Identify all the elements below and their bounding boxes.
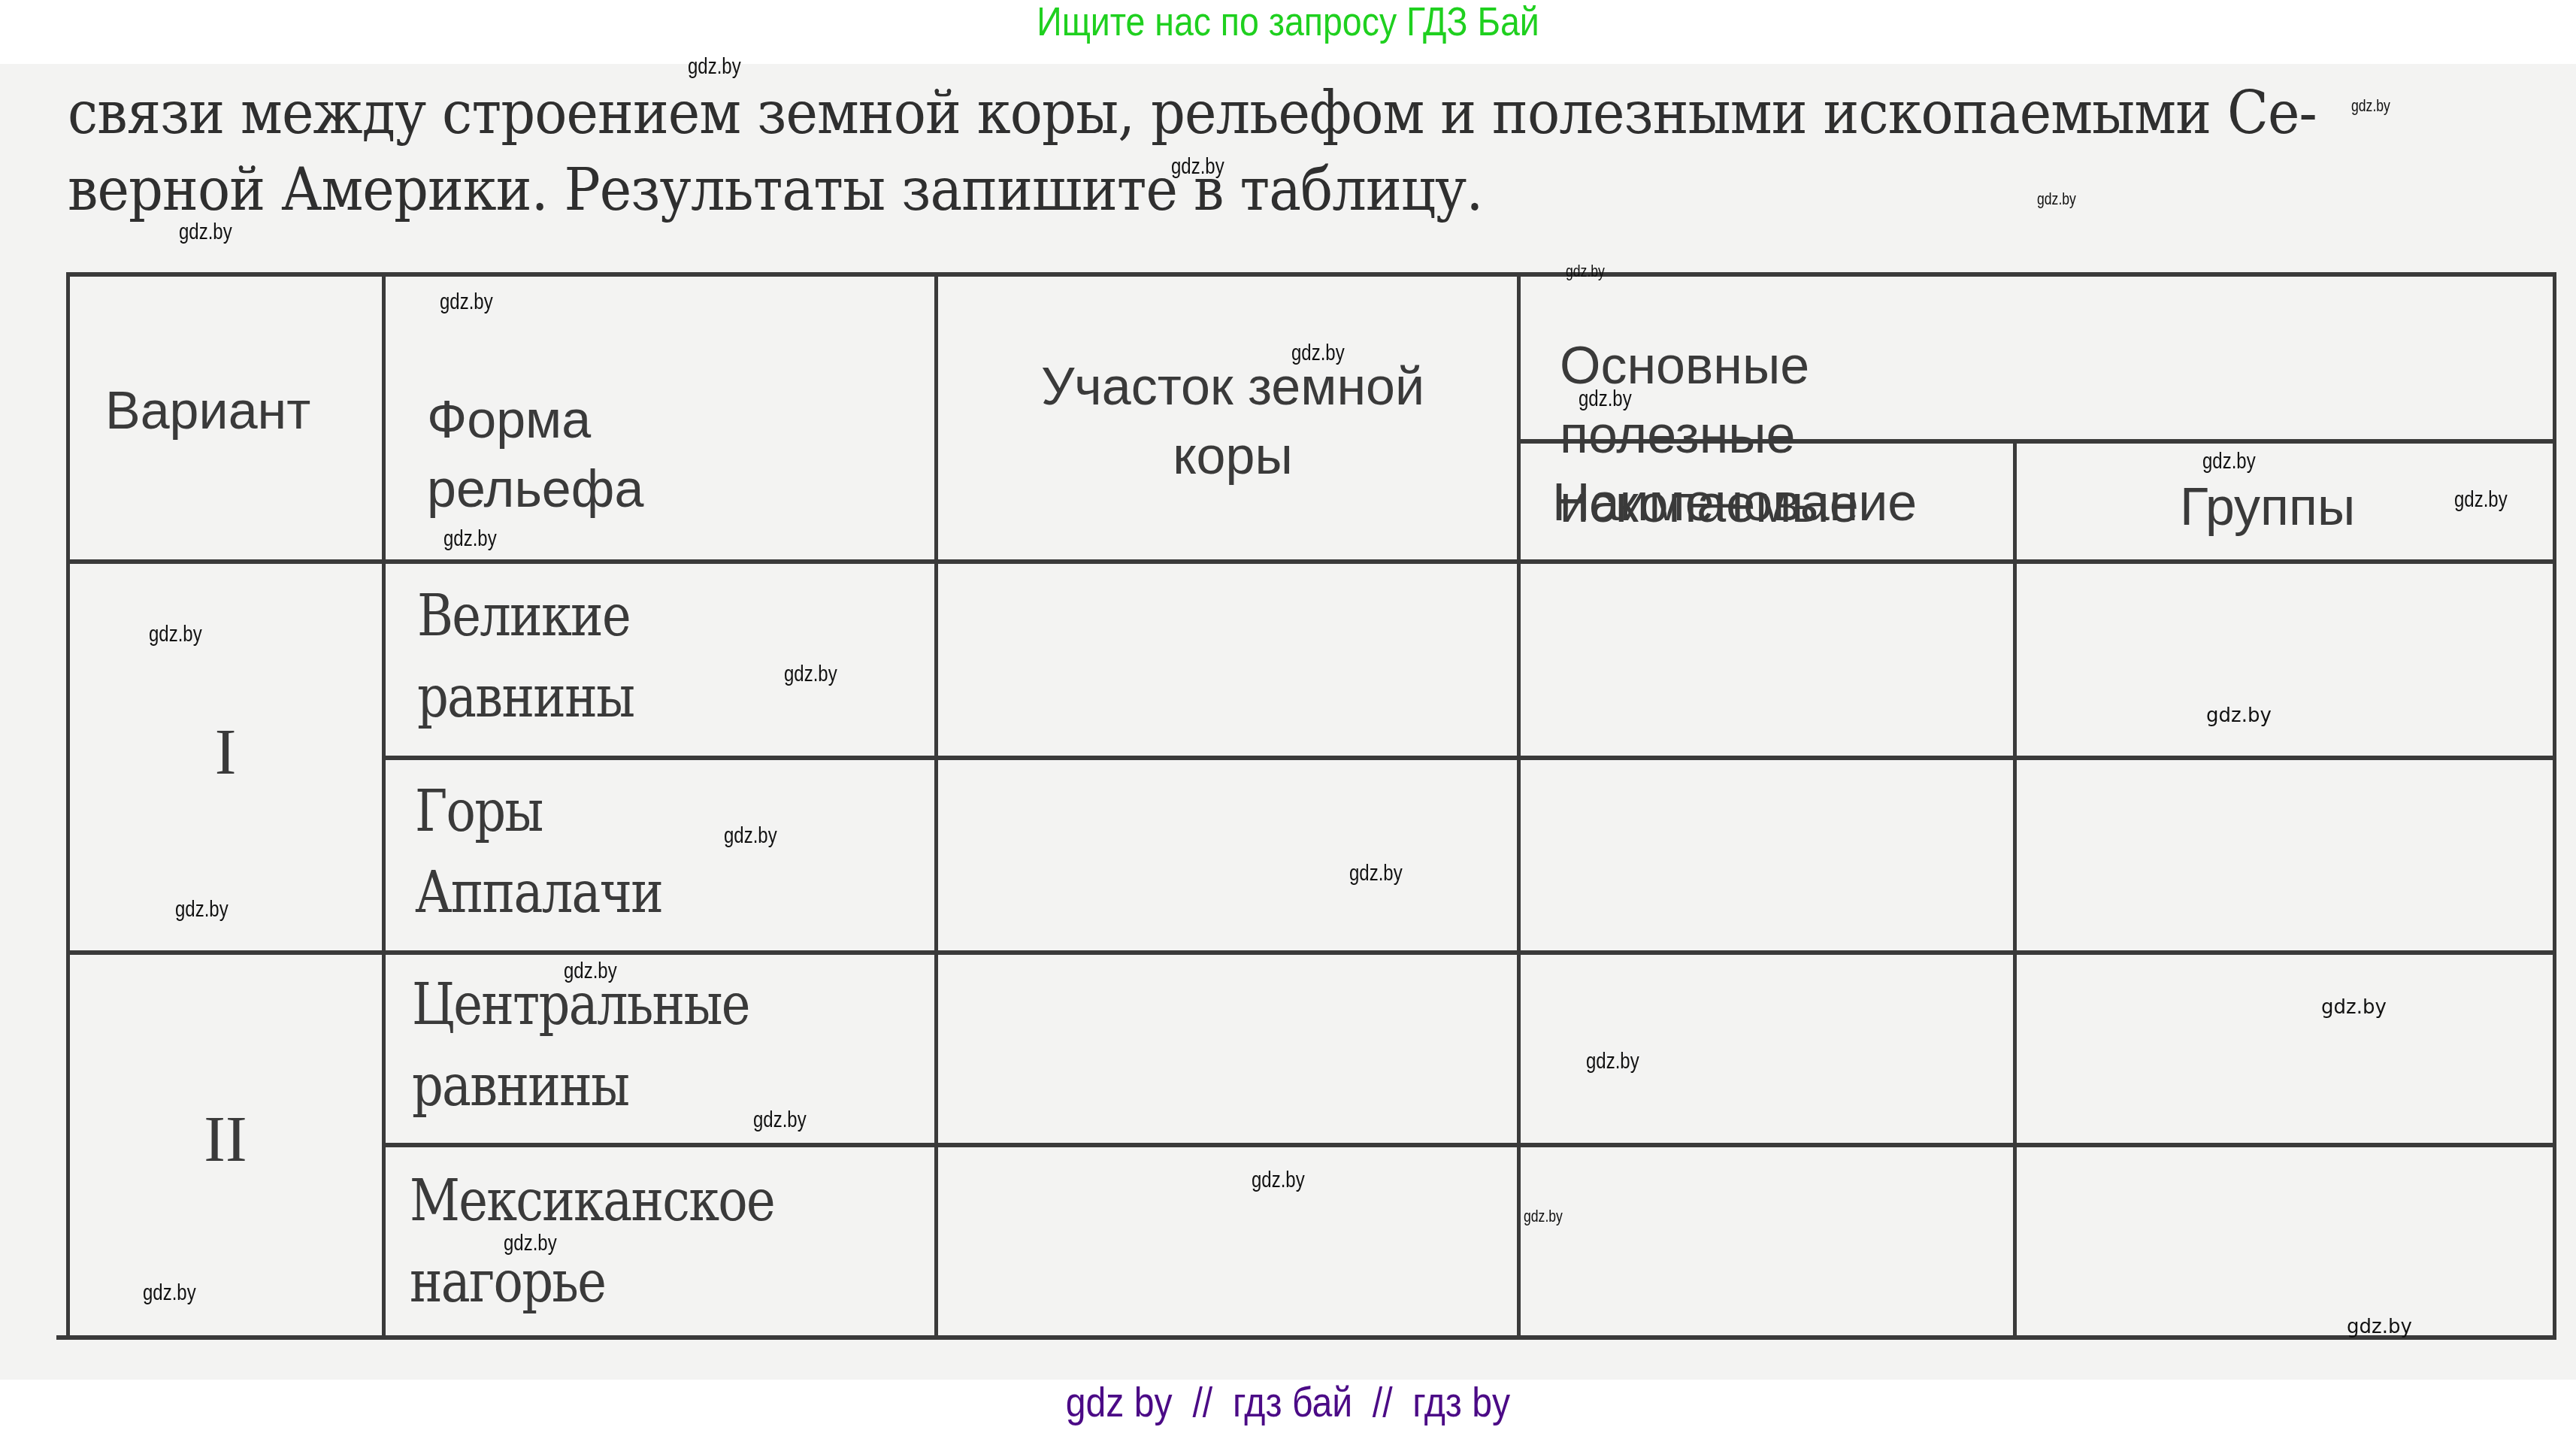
landform-cell: Мексиканское нагорье: [410, 1160, 774, 1322]
variant-label: II: [68, 1101, 383, 1177]
header-variant: Вариант: [105, 376, 310, 445]
mineral-groups-cell[interactable]: [2018, 1147, 2550, 1334]
mineral-groups-cell[interactable]: [2018, 564, 2550, 753]
watermark: gdz.by: [1524, 1207, 1563, 1226]
landform-line: Великие: [417, 582, 630, 649]
header-crust-line2: коры: [1173, 426, 1293, 485]
landform-line: равнины: [417, 663, 634, 730]
watermark: gdz.by: [2454, 487, 2508, 513]
watermark: gdz.by: [175, 897, 229, 923]
header-crust-line1: Участок земной: [1041, 357, 1424, 416]
crust-cell[interactable]: [940, 760, 1515, 948]
mineral-groups-cell[interactable]: [2018, 955, 2550, 1141]
watermark: gdz.by: [2206, 704, 2272, 727]
landform-cell: Горы Аппалачи: [415, 771, 662, 933]
site-banner: Ищите нас по запросу ГДЗ Бай: [180, 0, 2396, 45]
header-mineral-name: Наименование: [1552, 468, 1917, 537]
watermark: gdz.by: [2347, 1316, 2412, 1338]
mineral-name-cell[interactable]: [1522, 564, 2011, 753]
landform-cell: Центральные равнины: [412, 964, 749, 1126]
watermark: gdz.by: [1579, 386, 1632, 412]
landform-line: нагорье: [410, 1248, 605, 1315]
watermark: gdz.by: [1291, 341, 1345, 366]
landform-line: Горы: [415, 777, 543, 844]
table-border-bottom: [56, 1335, 2556, 1340]
mineral-name-cell[interactable]: [1522, 955, 2011, 1141]
watermark: gdz.by: [1349, 861, 1403, 886]
watermark: gdz.by: [564, 959, 617, 984]
column-divider: [2013, 441, 2017, 1340]
table-border-right: [2553, 272, 2556, 1340]
watermark: gdz.by: [504, 1231, 557, 1256]
landform-cell: Великие равнины: [417, 575, 634, 738]
watermark: gdz.by: [2321, 996, 2387, 1019]
watermark: gdz.by: [2037, 189, 2076, 209]
paragraph-line-1: связи между строением земной коры, релье…: [68, 75, 2357, 152]
mineral-name-cell[interactable]: [1522, 760, 2011, 948]
table-border-left: [66, 272, 70, 1340]
watermark: gdz.by: [143, 1280, 196, 1306]
watermark: gdz.by: [1252, 1168, 1305, 1193]
header-crust: Участок земной коры: [947, 352, 1518, 490]
watermark: gdz.by: [2351, 96, 2390, 116]
landform-line: Аппалачи: [415, 859, 662, 926]
table-border-top: [68, 272, 2556, 277]
watermark: gdz.by: [179, 220, 232, 245]
watermark: gdz.by: [688, 54, 741, 80]
site-footer: gdz by // гдз бай // гдз by: [180, 1376, 2396, 1430]
watermark: gdz.by: [1566, 262, 1605, 281]
crust-cell[interactable]: [940, 1147, 1515, 1334]
watermark: gdz.by: [149, 622, 202, 647]
header-mineral-groups: Группы: [2180, 472, 2355, 541]
watermark: gdz.by: [440, 289, 493, 315]
watermark: gdz.by: [753, 1107, 807, 1133]
crust-cell[interactable]: [940, 955, 1515, 1141]
mineral-groups-cell[interactable]: [2018, 760, 2550, 948]
mineral-name-cell[interactable]: [1522, 1147, 2011, 1334]
landform-line: Мексиканское: [410, 1167, 774, 1234]
watermark: gdz.by: [443, 526, 497, 552]
task-paragraph: связи между строением земной коры, релье…: [68, 75, 2357, 229]
watermark: gdz.by: [724, 823, 777, 849]
watermark: gdz.by: [1171, 154, 1224, 180]
watermark: gdz.by: [2202, 449, 2256, 474]
column-divider: [382, 272, 386, 1340]
watermark: gdz.by: [784, 662, 837, 687]
landform-line: равнины: [412, 1052, 628, 1119]
variant-label: I: [68, 714, 383, 789]
watermark: gdz.by: [1586, 1049, 1639, 1074]
column-divider: [934, 272, 938, 1340]
crust-cell[interactable]: [940, 564, 1515, 753]
header-landform: Форма рельефа: [427, 385, 643, 523]
